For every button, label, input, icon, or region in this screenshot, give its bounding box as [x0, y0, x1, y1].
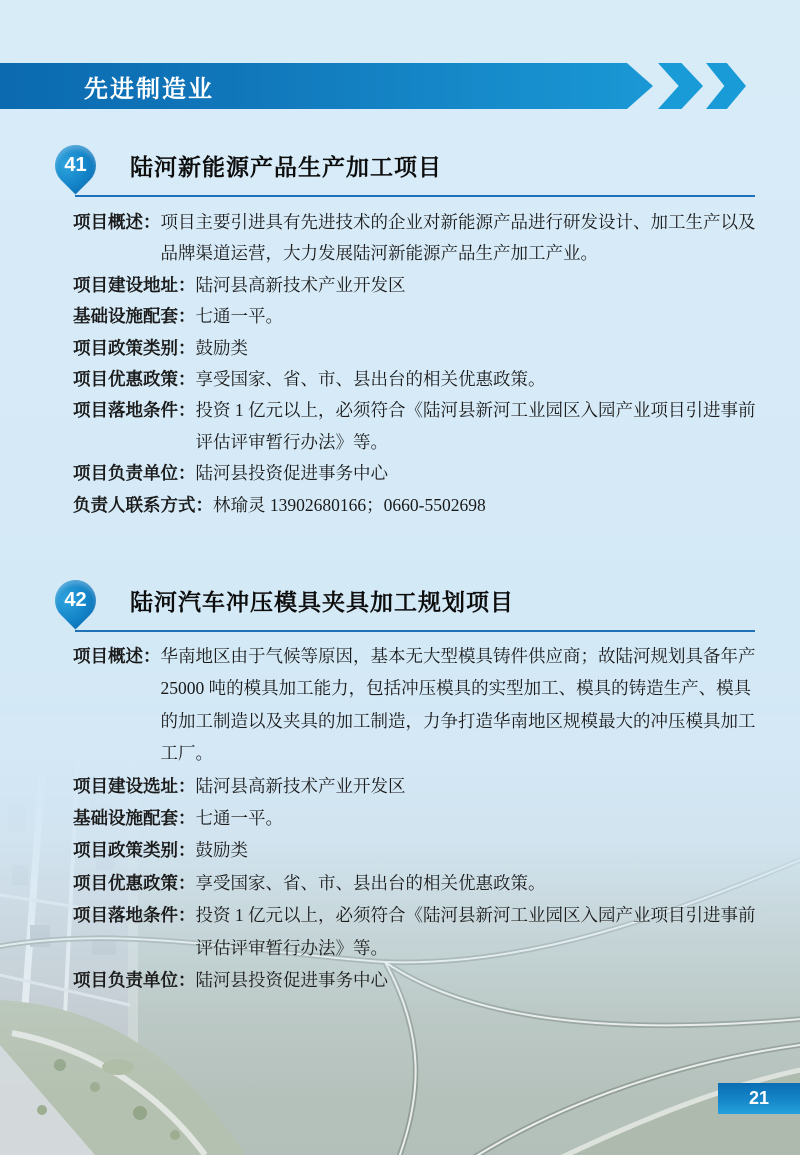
- section-42-pin-badge: 42: [47, 572, 105, 630]
- field-value: 享受国家、省、市、县出台的相关优惠政策。: [196, 364, 546, 395]
- section-41-title: 陆河新能源产品生产加工项目: [130, 149, 442, 182]
- page-number-badge: 21: [718, 1083, 800, 1114]
- field-row: 项目建设选址： 陆河县高新技术产业开发区: [73, 770, 757, 802]
- field-row: 项目政策类别： 鼓励类: [73, 333, 757, 364]
- section-42-number: 42: [55, 580, 96, 621]
- section-41-fields: 项目概述： 项目主要引进具有先进技术的企业对新能源产品进行研发设计、加工生产以及…: [73, 207, 757, 521]
- field-row: 基础设施配套： 七通一平。: [73, 301, 757, 332]
- field-row: 项目落地条件： 投资 1 亿元以上，必须符合《陆河县新河工业园区入园产业项目引进…: [73, 899, 757, 964]
- field-value: 享受国家、省、市、县出台的相关优惠政策。: [196, 867, 546, 899]
- field-label: 项目概述：: [73, 207, 161, 238]
- field-value: 投资 1 亿元以上，必须符合《陆河县新河工业园区入园产业项目引进事前评估评审暂行…: [196, 899, 758, 964]
- field-row: 项目负责单位： 陆河县投资促进事务中心: [73, 458, 757, 489]
- field-value: 鼓励类: [196, 333, 249, 364]
- field-label: 项目落地条件：: [73, 395, 196, 426]
- field-value: 林瑜灵 13902680166；0660-5502698: [213, 490, 486, 521]
- field-value: 七通一平。: [196, 802, 284, 834]
- field-row: 项目优惠政策： 享受国家、省、市、县出台的相关优惠政策。: [73, 364, 757, 395]
- field-row: 负责人联系方式： 林瑜灵 13902680166；0660-5502698: [73, 490, 757, 521]
- field-value: 投资 1 亿元以上，必须符合《陆河县新河工业园区入园产业项目引进事前评估评审暂行…: [196, 395, 758, 458]
- field-value: 陆河县投资促进事务中心: [196, 964, 389, 996]
- section-42-fields: 项目概述： 华南地区由于气候等原因，基本无大型模具铸件供应商；故陆河规划具备年产…: [73, 640, 757, 996]
- field-value: 华南地区由于气候等原因，基本无大型模具铸件供应商；故陆河规划具备年产 25000…: [161, 640, 758, 770]
- field-row: 项目概述： 华南地区由于气候等原因，基本无大型模具铸件供应商；故陆河规划具备年产…: [73, 640, 757, 770]
- category-banner-title: 先进制造业: [0, 69, 214, 104]
- page-number: 21: [749, 1088, 769, 1109]
- field-label: 基础设施配套：: [73, 802, 196, 834]
- field-row: 项目概述： 项目主要引进具有先进技术的企业对新能源产品进行研发设计、加工生产以及…: [73, 207, 757, 270]
- field-label: 项目负责单位：: [73, 964, 196, 996]
- field-row: 项目负责单位： 陆河县投资促进事务中心: [73, 964, 757, 996]
- field-row: 项目落地条件： 投资 1 亿元以上，必须符合《陆河县新河工业园区入园产业项目引进…: [73, 395, 757, 458]
- field-value: 陆河县高新技术产业开发区: [196, 770, 406, 802]
- field-value: 鼓励类: [196, 834, 249, 866]
- section-41-pin-badge: 41: [47, 137, 105, 195]
- chevron-right-icon: [658, 63, 703, 109]
- field-label: 项目负责单位：: [73, 458, 196, 489]
- field-row: 基础设施配套： 七通一平。: [73, 802, 757, 834]
- field-row: 项目政策类别： 鼓励类: [73, 834, 757, 866]
- field-label: 项目概述：: [73, 640, 161, 672]
- field-row: 项目优惠政策： 享受国家、省、市、县出台的相关优惠政策。: [73, 867, 757, 899]
- field-value: 七通一平。: [196, 301, 284, 332]
- field-label: 项目优惠政策：: [73, 364, 196, 395]
- section-42-title: 陆河汽车冲压模具夹具加工规划项目: [130, 584, 514, 617]
- field-label: 项目政策类别：: [73, 333, 196, 364]
- field-label: 负责人联系方式：: [73, 490, 213, 521]
- brochure-page: 先进制造业 41 陆河新能源产品生产加工项目 项目概述： 项目主要引进具有先进技…: [0, 0, 800, 1155]
- field-row: 项目建设地址： 陆河县高新技术产业开发区: [73, 270, 757, 301]
- field-label: 基础设施配套：: [73, 301, 196, 332]
- section-42-rule: [75, 630, 755, 632]
- chevron-right-icon: [706, 63, 746, 109]
- section-41-rule: [75, 195, 755, 197]
- field-label: 项目建设地址：: [73, 270, 196, 301]
- field-label: 项目建设选址：: [73, 770, 196, 802]
- field-value: 项目主要引进具有先进技术的企业对新能源产品进行研发设计、加工生产以及品牌渠道运营…: [161, 207, 758, 270]
- field-value: 陆河县投资促进事务中心: [196, 458, 389, 489]
- field-label: 项目落地条件：: [73, 899, 196, 931]
- field-value: 陆河县高新技术产业开发区: [196, 270, 406, 301]
- section-41-number: 41: [55, 145, 96, 186]
- category-banner: 先进制造业: [0, 63, 653, 109]
- field-label: 项目优惠政策：: [73, 867, 196, 899]
- field-label: 项目政策类别：: [73, 834, 196, 866]
